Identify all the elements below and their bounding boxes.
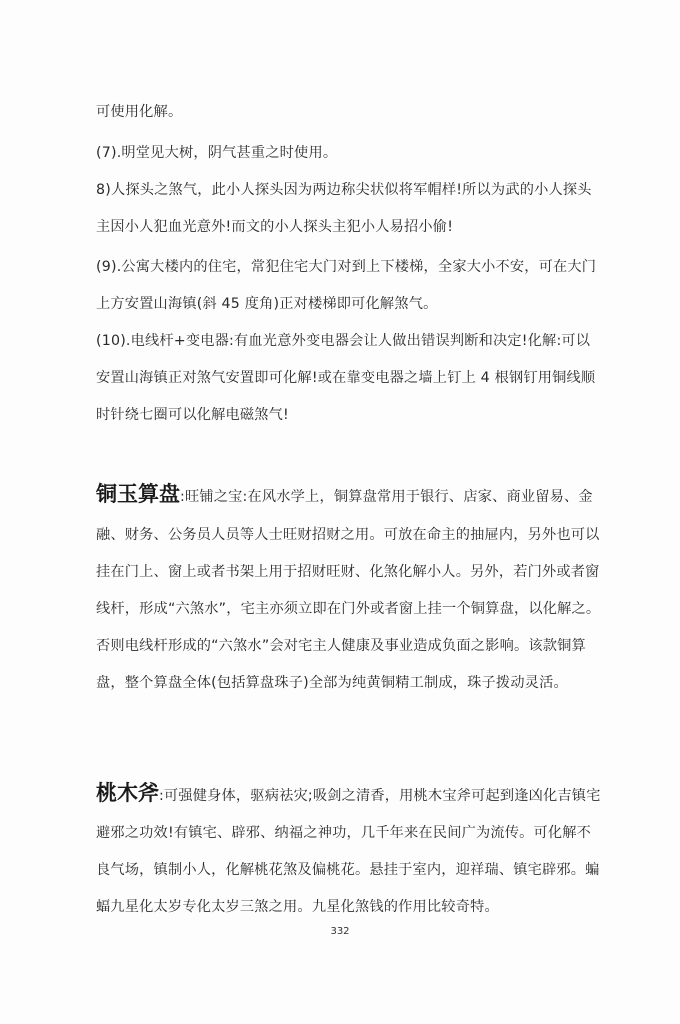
paragraph-line: 避邪之功效!有镇宅、辟邪、纳福之神功，几千年来在民间广为流传。可化解不 — [96, 823, 596, 843]
paragraph-line: 否则电线杆形成的“六煞水”会对宅主人健康及事业造成负面之影响。该款铜算 — [96, 636, 596, 656]
paragraph-line: 盘，整个算盘全体(包括算盘珠子)全部为纯黄铜精工制成，珠子拨动灵活。 — [96, 673, 596, 693]
section-heading-copper-abacus: 铜玉算盘 — [96, 482, 180, 506]
paragraph-line: 可使用化解。 — [96, 102, 596, 122]
paragraph-line: 蝠九星化太岁专化太岁三煞之用。九星化煞钱的作用比较奇特。 — [96, 897, 596, 917]
paragraph-line: 8)人探头之煞气，此小人探头因为两边称尖状似将军帽样!所以为武的小人探头 — [96, 180, 596, 200]
paragraph-line: 时针绕七圈可以化解电磁煞气! — [96, 405, 596, 425]
section-first-line: 桃木斧:可强健身体，驱病祛灾;吸剑之清香，用桃木宝斧可起到逢凶化吉镇宅 — [96, 783, 596, 806]
paragraph-line: 线杆，形成“六煞水”，宅主亦须立即在门外或者窗上挂一个铜算盘，以化解之。 — [96, 599, 596, 619]
paragraph-line: 挂在门上、窗上或者书架上用于招财旺财、化煞化解小人。另外，若门外或者窗 — [96, 562, 596, 582]
paragraph-line: (7).明堂见大树，阴气甚重之时使用。 — [96, 143, 596, 163]
page-number: 332 — [0, 926, 680, 937]
paragraph-text: :旺铺之宝:在风水学上，铜算盘常用于银行、店家、商业留易、金 — [180, 489, 593, 505]
paragraph-line: 良气场，镇制小人，化解桃花煞及偏桃花。悬挂于室内，迎祥瑞、镇宅辟邪。蝙 — [96, 860, 596, 880]
section-first-line: 铜玉算盘:旺铺之宝:在风水学上，铜算盘常用于银行、店家、商业留易、金 — [96, 484, 596, 507]
paragraph-text: :可强健身体，驱病祛灾;吸剑之清香，用桃木宝斧可起到逢凶化吉镇宅 — [159, 788, 601, 804]
paragraph-line: 主因小人犯血光意外!而文的小人探头主犯小人易招小偷! — [96, 217, 596, 237]
paragraph-line: 上方安置山海镇(斜 45 度角)正对楼梯即可化解煞气。 — [96, 294, 596, 314]
document-page: 可使用化解。 (7).明堂见大树，阴气甚重之时使用。 8)人探头之煞气，此小人探… — [0, 0, 680, 1024]
paragraph-line: 安置山海镇正对煞气安置即可化解!或在靠变电器之墙上钉上 4 根钢钉用铜线顺 — [96, 368, 596, 388]
paragraph-line: (10).电线杆+变电器:有血光意外变电器会让人做出错误判断和决定!化解:可以 — [96, 331, 596, 351]
paragraph-line: 融、财务、公务员人员等人士旺财招财之用。可放在命主的抽屉内，另外也可以 — [96, 525, 596, 545]
paragraph-line: (9).公寓大楼内的住宅，常犯住宅大门对到上下楼梯，全家大小不安，可在大门 — [96, 257, 596, 277]
section-heading-peach-wood-axe: 桃木斧 — [96, 781, 159, 805]
